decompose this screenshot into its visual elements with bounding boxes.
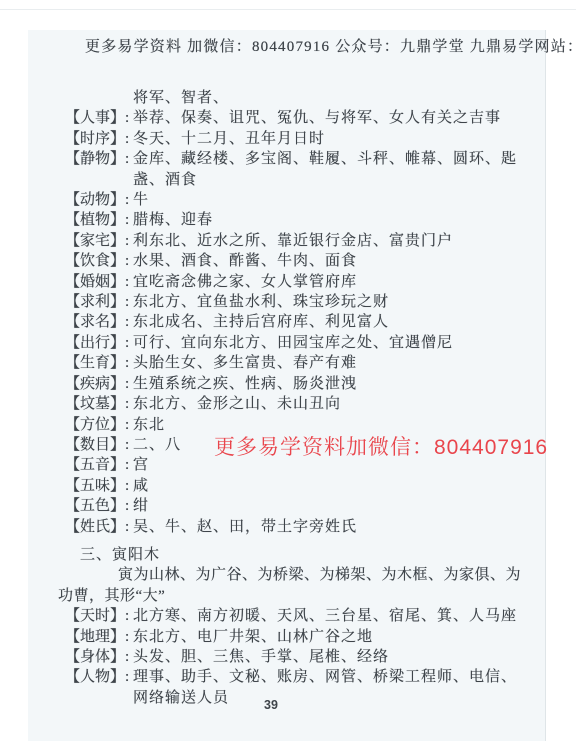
entry-label: 【天时】: <box>65 606 129 626</box>
entry-renshi: 【人事】: 举荐、保奏、诅咒、冤仇、与将军、女人有关之吉事 <box>65 108 531 128</box>
entry-text: 吴、牛、赵、田，带土字旁姓氏 <box>133 519 357 535</box>
entry-text: 腊梅、迎春 <box>133 212 213 228</box>
entry-dili: 【地理】: 东北方、电厂井架、山林广谷之地 <box>65 627 531 647</box>
entry-text: 理事、助手、文秘、账房、网管、桥梁工程师、电信、网络输送人员 <box>133 669 517 705</box>
entry-text: 东北成名、主持后宫府库、利见富人 <box>133 314 389 330</box>
entry-label: 【坟墓】: <box>65 394 129 414</box>
entry-text: 可行、宜向东北方、田园宝库之处、宜遇僧尼 <box>133 335 453 351</box>
entry-hunyin: 【婚姻】: 宜吃斋念佛之家、女人掌管府库 <box>65 272 531 292</box>
entry-label: 【地理】: <box>65 627 129 647</box>
entry-label: 【方位】: <box>65 415 129 435</box>
entry-renwu: 【人物】: 理事、助手、文秘、账房、网管、桥梁工程师、电信、网络输送人员 <box>65 667 531 708</box>
entry-text: 宫 <box>133 457 149 473</box>
entry-label: 【五味】: <box>65 476 129 496</box>
entry-text: 举荐、保奏、诅咒、冤仇、与将军、女人有关之吉事 <box>133 110 501 126</box>
entry-label: 【五音】: <box>65 455 129 475</box>
entry-label: 【出行】: <box>65 333 129 353</box>
page-number: 39 <box>256 698 286 712</box>
entry-shixu: 【时序】: 冬天、十二月、丑年月日时 <box>65 129 531 149</box>
entry-text: 东北方、金形之山、未山丑向 <box>133 396 341 412</box>
entry-shenti: 【身体】: 头发、胆、三焦、手掌、尾椎、经络 <box>65 647 531 667</box>
entry-text: 金库、藏经楼、多宝阁、鞋履、斗秤、帷幕、圆环、匙盏、酒食 <box>133 151 517 187</box>
entry-label: 【身体】: <box>65 647 129 667</box>
entry-zhiwu: 【植物】: 腊梅、迎春 <box>65 210 531 230</box>
entry-label: 【婚姻】: <box>65 272 129 292</box>
entry-text: 二、八 <box>133 437 181 453</box>
entry-qiuli: 【求利】: 东北方、宜鱼盐水利、珠宝珍玩之财 <box>65 292 531 312</box>
entry-label: 【人事】: <box>65 108 129 128</box>
entry-text: 东北 <box>133 417 165 433</box>
entry-label: 【静物】: <box>65 149 129 169</box>
entry-text: 生殖系统之疾、性病、肠炎泄洩 <box>133 376 357 392</box>
entry-jiazhai: 【家宅】: 利东北、近水之所、靠近银行金店、富贵门户 <box>65 231 531 251</box>
entry-qiuming: 【求名】: 东北成名、主持后宫府库、利见富人 <box>65 312 531 332</box>
entry-text: 北方寒、南方初暖、天风、三台星、宿尾、箕、人马座 <box>133 608 517 624</box>
entry-dongwu: 【动物】: 牛 <box>65 190 531 210</box>
entry-chuxing: 【出行】: 可行、宜向东北方、田园宝库之处、宜遇僧尼 <box>65 333 531 353</box>
entry-label: 【疾病】: <box>65 374 129 394</box>
entry-label: 【动物】: <box>65 190 129 210</box>
entry-label: 【姓氏】: <box>65 517 129 537</box>
entry-wuwei: 【五味】: 咸 <box>65 476 531 496</box>
red-watermark-text: 更多易学资料加微信：804407916 <box>214 431 548 461</box>
entry-yinshi: 【饮食】: 水果、酒食、酢酱、牛肉、面食 <box>65 251 531 271</box>
entry-text: 咸 <box>133 478 149 494</box>
section-heading: 三、寅阳木 <box>80 545 531 565</box>
page-body: 将军、智者、 【人事】: 举荐、保奏、诅咒、冤仇、与将军、女人有关之吉事 【时序… <box>65 88 531 708</box>
entry-label: 【饮食】: <box>65 251 129 271</box>
page-header-text: 更多易学资料 加微信：804407916 公众号：九鼎学堂 九鼎易学网站： <box>85 35 576 56</box>
entry-text: 宜吃斋念佛之家、女人掌管府库 <box>133 274 357 290</box>
entry-label: 【植物】: <box>65 210 129 230</box>
entry-label: 【数目】: <box>65 435 129 455</box>
entry-label: 【人物】: <box>65 667 129 687</box>
entry-tianshi: 【天时】: 北方寒、南方初暖、天风、三台星、宿尾、箕、人马座 <box>65 606 531 626</box>
entry-xingshi: 【姓氏】: 吴、牛、赵、田，带土字旁姓氏 <box>65 517 531 537</box>
entry-text: 东北方、电厂井架、山林广谷之地 <box>133 629 373 645</box>
entry-text: 冬天、十二月、丑年月日时 <box>133 131 325 147</box>
scan-top-rule <box>0 9 576 10</box>
scanned-page: 更多易学资料 加微信：804407916 公众号：九鼎学堂 九鼎易学网站： 将军… <box>28 30 546 741</box>
entry-label: 【时序】: <box>65 129 129 149</box>
entry-label: 【生育】: <box>65 353 129 373</box>
entry-label: 【五色】: <box>65 496 129 516</box>
entry-label: 【求利】: <box>65 292 129 312</box>
entry-text: 绀 <box>133 498 149 514</box>
entry-text: 牛 <box>133 192 149 208</box>
entry-label: 【家宅】: <box>65 231 129 251</box>
section-paragraph: 寅为山林、为广谷、为桥梁、为梯架、为木框、为家俱、为功曹，其形“大” <box>58 565 531 606</box>
entry-fenmu: 【坟墓】: 东北方、金形之山、未山丑向 <box>65 394 531 414</box>
entry-wuse: 【五色】: 绀 <box>65 496 531 516</box>
entry-text: 水果、酒食、酢酱、牛肉、面食 <box>133 253 357 269</box>
entry-jingwu: 【静物】: 金库、藏经楼、多宝阁、鞋履、斗秤、帷幕、圆环、匙盏、酒食 <box>65 149 531 190</box>
entry-text: 头胎生女、多生富贵、春产有难 <box>133 355 357 371</box>
entry-shengyu: 【生育】: 头胎生女、多生富贵、春产有难 <box>65 353 531 373</box>
entry-jibing: 【疾病】: 生殖系统之疾、性病、肠炎泄洩 <box>65 374 531 394</box>
entry-text: 利东北、近水之所、靠近银行金店、富贵门户 <box>133 233 453 249</box>
entry-text: 头发、胆、三焦、手掌、尾椎、经络 <box>133 649 389 665</box>
entry-text: 东北方、宜鱼盐水利、珠宝珍玩之财 <box>133 294 389 310</box>
entry-label: 【求名】: <box>65 312 129 332</box>
continuation-line: 将军、智者、 <box>65 88 531 108</box>
